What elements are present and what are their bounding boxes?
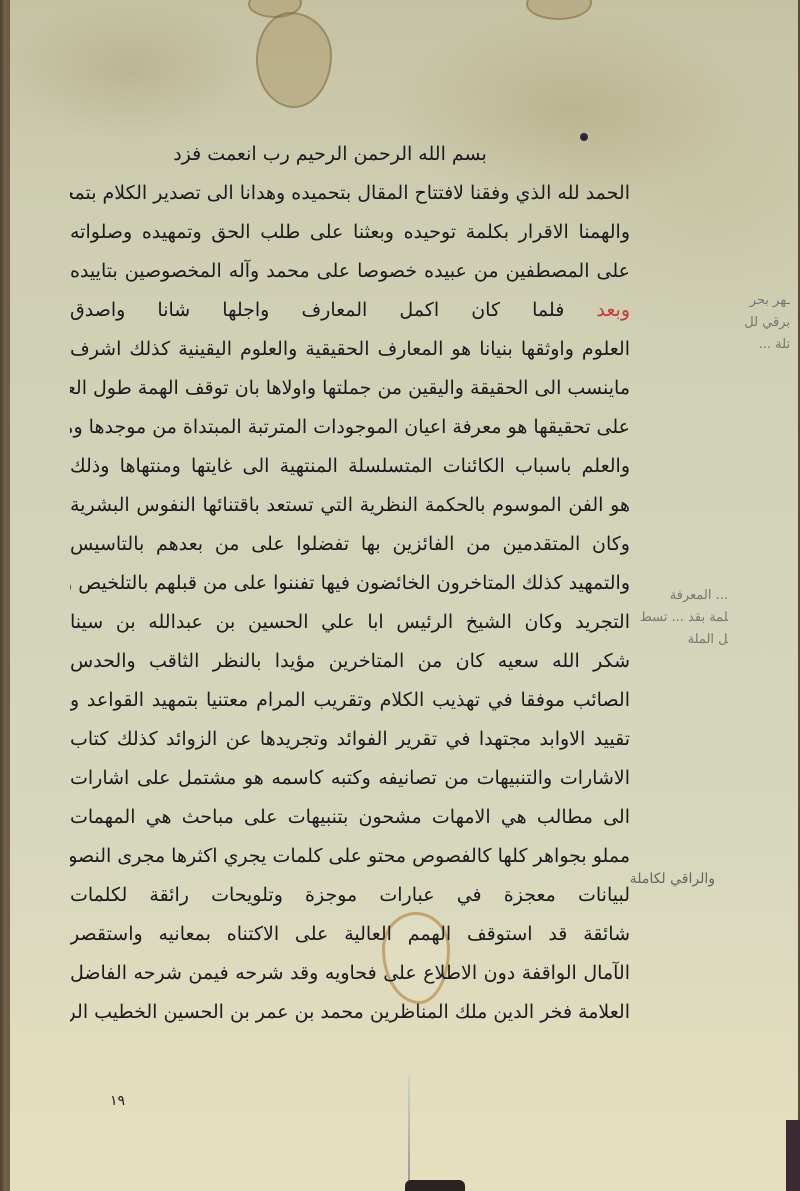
- rubric-word: وبعد: [596, 299, 630, 321]
- paper-crack: [408, 1075, 410, 1191]
- text-line-5: العلوم واوثقها بنيانا هو المعارف الحقيقي…: [70, 330, 630, 369]
- ink-blot: [405, 1180, 465, 1191]
- text-line-15: تقييد الاوابد مجتهدا في تقرير الفوائد وت…: [70, 720, 630, 759]
- manuscript-page: بسم الله الرحمن الرحيم رب انعمت فزد الحم…: [6, 0, 798, 1191]
- water-stain: [526, 0, 592, 20]
- water-stain: [256, 12, 332, 108]
- margin-note-1: ـه‍ر بحر برقي لل تلة ...: [700, 290, 790, 356]
- margin-note-3: والراقي لكاملة: [605, 868, 715, 890]
- binding-edge: [786, 1120, 800, 1191]
- text-line-18: مملو بجواهر كلها كالفصوص محتو على كلمات …: [70, 837, 630, 876]
- text-line-6: ماينسب الى الحقيقة واليقين من جملتها واو…: [70, 369, 630, 408]
- text-line-2: والهمنا الاقرار بكلمة توحيده وبعثنا على …: [70, 213, 630, 252]
- text-line-8: والعلم باسباب الكائنات المتسلسلة المنتهي…: [70, 447, 630, 486]
- basmala: بسم الله الرحمن الرحيم رب انعمت فزد: [70, 135, 630, 174]
- text-line-3: على المصطفين من عبيده خصوصا على محمد وآل…: [70, 252, 630, 291]
- text-line-13: شكر الله سعيه كان من المتاخرين مؤيدا بال…: [70, 642, 630, 681]
- text-line-11: والتمهيد كذلك المتاخرون الخائضون فيها تف…: [70, 564, 630, 603]
- text-line-7: على تحقيقها هو معرفة اعيان الموجودات الم…: [70, 408, 630, 447]
- text-line-1: الحمد لله الذي وفقنا لافتتاح المقال بتحم…: [70, 174, 630, 213]
- text-line-10: وكان المتقدمين من الفائزين بها تفضلوا عل…: [70, 525, 630, 564]
- text-line-19: لبيانات معجزة في عبارات موجزة وتلويحات ر…: [70, 876, 630, 915]
- text-line-9: هو الفن الموسوم بالحكمة النظرية التي تست…: [70, 486, 630, 525]
- margin-note-2: ... المعرفة ‍لمة بقد ... تسط ‍ل الملة: [588, 585, 728, 651]
- text-line-20: شائقة قد استوقف الهمم العالية على الاكتن…: [70, 915, 630, 954]
- text-line-22: العلامة فخر الدين ملك المناظرين محمد بن …: [70, 993, 630, 1032]
- text-line-21: الآمال الواقفة دون الاطلاع على فحاويه وق…: [70, 954, 630, 993]
- text-line-12: التجريد وكان الشيخ الرئيس ابا علي الحسين…: [70, 603, 630, 642]
- main-text-block: بسم الله الرحمن الرحيم رب انعمت فزد الحم…: [70, 135, 630, 1032]
- text-line-16: الاشارات والتنبيهات من تصانيفه وكتبه كاس…: [70, 759, 630, 798]
- text-line-4: وبعد فلما كان اكمل المعارف واجلها شانا و…: [70, 291, 630, 330]
- text-line-17: الى مطالب هي الامهات مشحون بتنبيهات على …: [70, 798, 630, 837]
- text-line-14: الصائب موفقا في تهذيب الكلام وتقريب المر…: [70, 681, 630, 720]
- folio-number: ١٩: [110, 1093, 125, 1109]
